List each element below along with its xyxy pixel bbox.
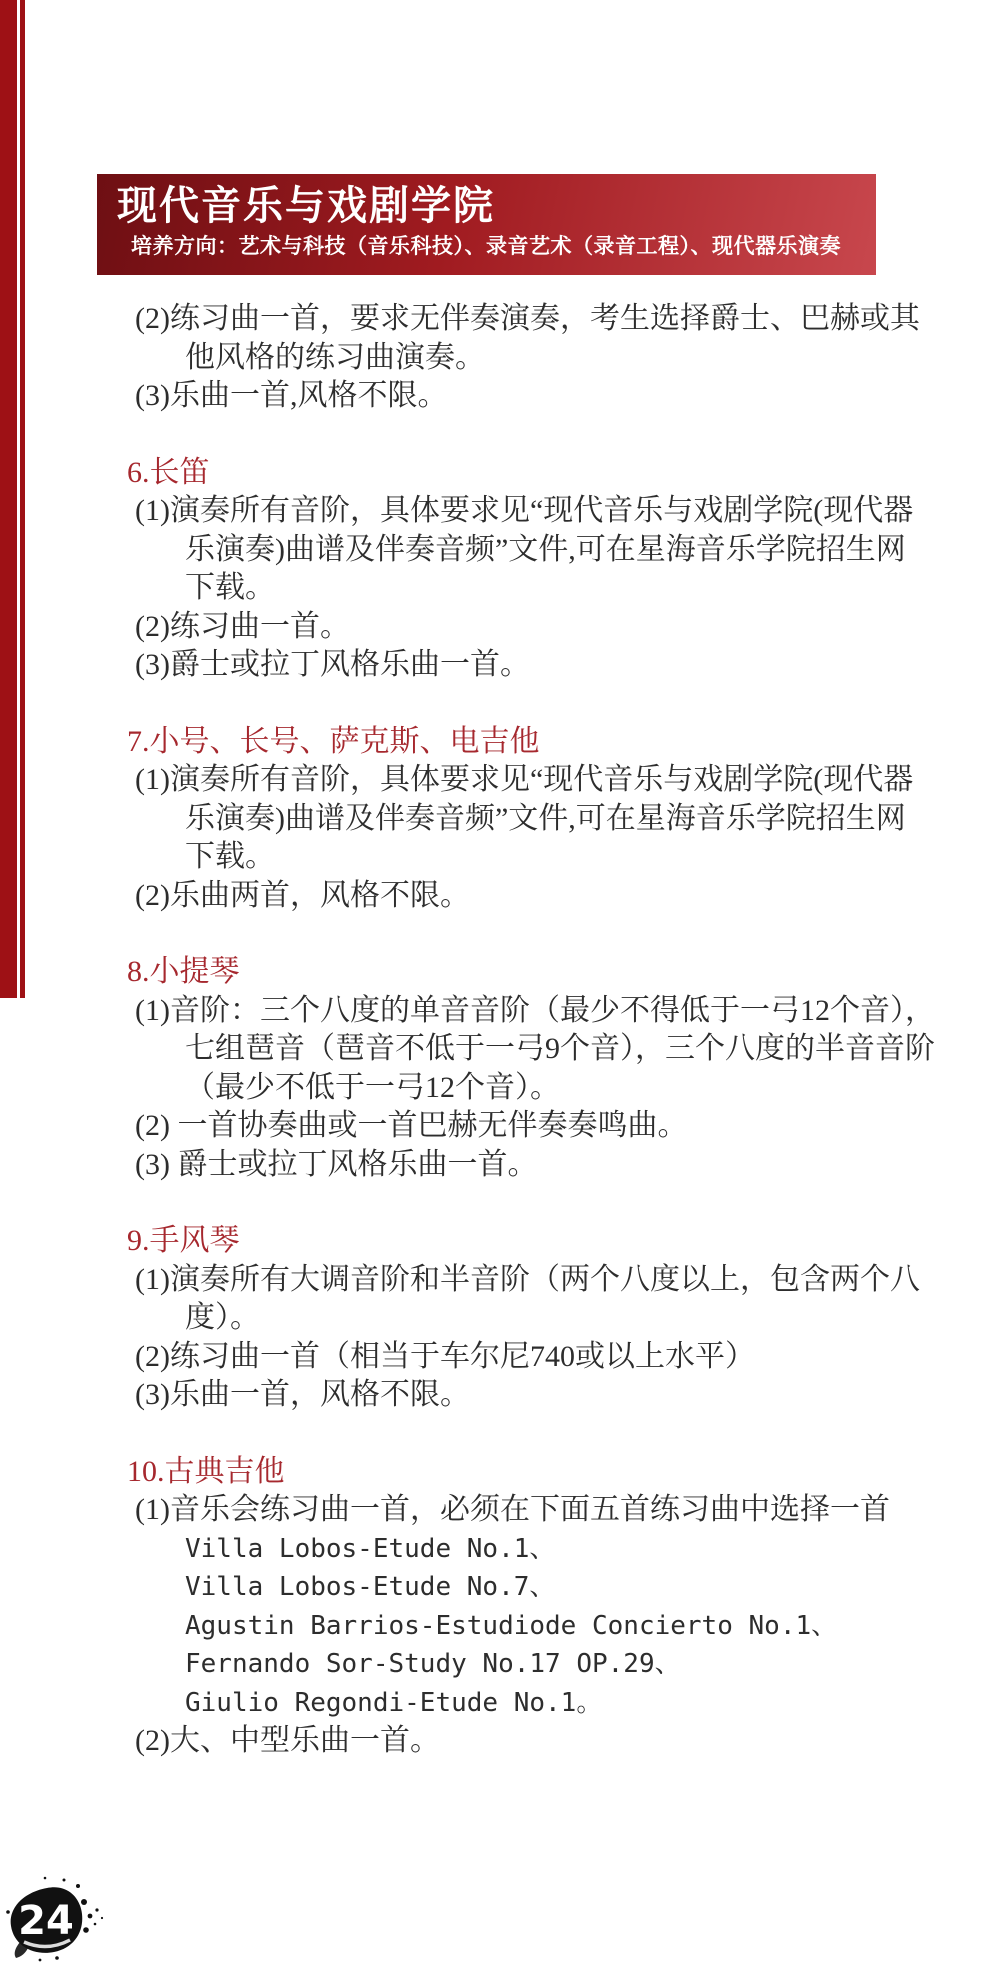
- requirement-line: (3)爵士或拉丁风格乐曲一首。: [135, 646, 927, 685]
- requirement-line: (1)演奏所有音阶，具体要求见“现代音乐与戏剧学院(现代器: [135, 492, 927, 531]
- section-classical-guitar: 10.古典吉他 (1)音乐会练习曲一首，必须在下面五首练习曲中选择一首 Vill…: [127, 1453, 927, 1761]
- requirement-line: (3) 爵士或拉丁风格乐曲一首。: [135, 1146, 927, 1185]
- requirement-line: (2)练习曲一首，要求无伴奏演奏，考生选择爵士、巴赫或其: [135, 300, 927, 339]
- section-heading: 8.小提琴: [127, 953, 927, 992]
- requirement-line: (2)练习曲一首。: [135, 608, 927, 647]
- section-heading: 10.古典吉他: [127, 1453, 927, 1492]
- section-violin: 8.小提琴 (1)音阶：三个八度的单音音阶（最少不得低于一弓12个音）， 七组琶…: [127, 953, 927, 1184]
- section-accordion: 9.手风琴 (1)演奏所有大调音阶和半音阶（两个八度以上，包含两个八 度）。 (…: [127, 1222, 927, 1415]
- requirement-line: 乐演奏)曲谱及伴奏音频”文件,可在星海音乐学院招生网: [185, 531, 927, 570]
- department-title: 现代音乐与戏剧学院: [117, 183, 876, 229]
- requirements-content: (2)练习曲一首，要求无伴奏演奏，考生选择爵士、巴赫或其 他风格的练习曲演奏。 …: [127, 300, 927, 1761]
- requirement-line: (1)音乐会练习曲一首，必须在下面五首练习曲中选择一首: [135, 1491, 927, 1530]
- requirement-line: （最少不低于一弓12个音）。: [185, 1069, 927, 1108]
- department-banner: 现代音乐与戏剧学院 培养方向：艺术与科技（音乐科技）、录音艺术（录音工程）、现代…: [97, 174, 876, 275]
- page-number: 24: [18, 1898, 74, 1944]
- requirement-line: (3)乐曲一首,风格不限。: [135, 377, 927, 416]
- page-number-badge: 24: [0, 1872, 112, 1965]
- left-accent-bar-thick: [0, 0, 17, 998]
- etude-title-line: Agustin Barrios-Estudiode Concierto No.1…: [185, 1607, 927, 1646]
- requirement-line: 下载。: [185, 838, 927, 877]
- requirement-line: 度）。: [185, 1299, 927, 1338]
- section-flute: 6.长笛 (1)演奏所有音阶，具体要求见“现代音乐与戏剧学院(现代器 乐演奏)曲…: [127, 454, 927, 685]
- requirement-line: (2)大、中型乐曲一首。: [135, 1722, 927, 1761]
- requirement-line: (2)练习曲一首（相当于车尔尼740或以上水平）: [135, 1338, 927, 1377]
- requirement-line: 乐演奏)曲谱及伴奏音频”文件,可在星海音乐学院招生网: [185, 800, 927, 839]
- section-heading: 9.手风琴: [127, 1222, 927, 1261]
- etude-title-line: Giulio Regondi-Etude No.1。: [185, 1684, 927, 1723]
- etude-title-line: Villa Lobos-Etude No.7、: [185, 1568, 927, 1607]
- requirement-line: (1)演奏所有大调音阶和半音阶（两个八度以上，包含两个八: [135, 1261, 927, 1300]
- left-accent-bar-thin: [20, 0, 25, 998]
- etude-title-line: Fernando Sor-Study No.17 OP.29、: [185, 1645, 927, 1684]
- brochure-page: 现代音乐与戏剧学院 培养方向：艺术与科技（音乐科技）、录音艺术（录音工程）、现代…: [0, 0, 982, 1965]
- section-heading: 7.小号、长号、萨克斯、电吉他: [127, 723, 927, 762]
- requirement-line: (1)演奏所有音阶，具体要求见“现代音乐与戏剧学院(现代器: [135, 761, 927, 800]
- section-heading: 6.长笛: [127, 454, 927, 493]
- section-trumpet-trombone-sax-eguitar: 7.小号、长号、萨克斯、电吉他 (1)演奏所有音阶，具体要求见“现代音乐与戏剧学…: [127, 723, 927, 916]
- requirement-line: (2)乐曲两首，风格不限。: [135, 877, 927, 916]
- requirement-line: 下载。: [185, 569, 927, 608]
- etude-title-line: Villa Lobos-Etude No.1、: [185, 1530, 927, 1569]
- requirement-line: 他风格的练习曲演奏。: [185, 339, 927, 378]
- department-subtitle: 培养方向：艺术与科技（音乐科技）、录音艺术（录音工程）、现代器乐演奏: [131, 234, 876, 258]
- requirement-line: (1)音阶：三个八度的单音音阶（最少不得低于一弓12个音），: [135, 992, 927, 1031]
- intro-block: (2)练习曲一首，要求无伴奏演奏，考生选择爵士、巴赫或其 他风格的练习曲演奏。 …: [127, 300, 927, 416]
- requirement-line: (3)乐曲一首，风格不限。: [135, 1376, 927, 1415]
- requirement-line: (2) 一首协奏曲或一首巴赫无伴奏奏鸣曲。: [135, 1107, 927, 1146]
- requirement-line: 七组琶音（琶音不低于一弓9个音），三个八度的半音音阶: [185, 1030, 927, 1069]
